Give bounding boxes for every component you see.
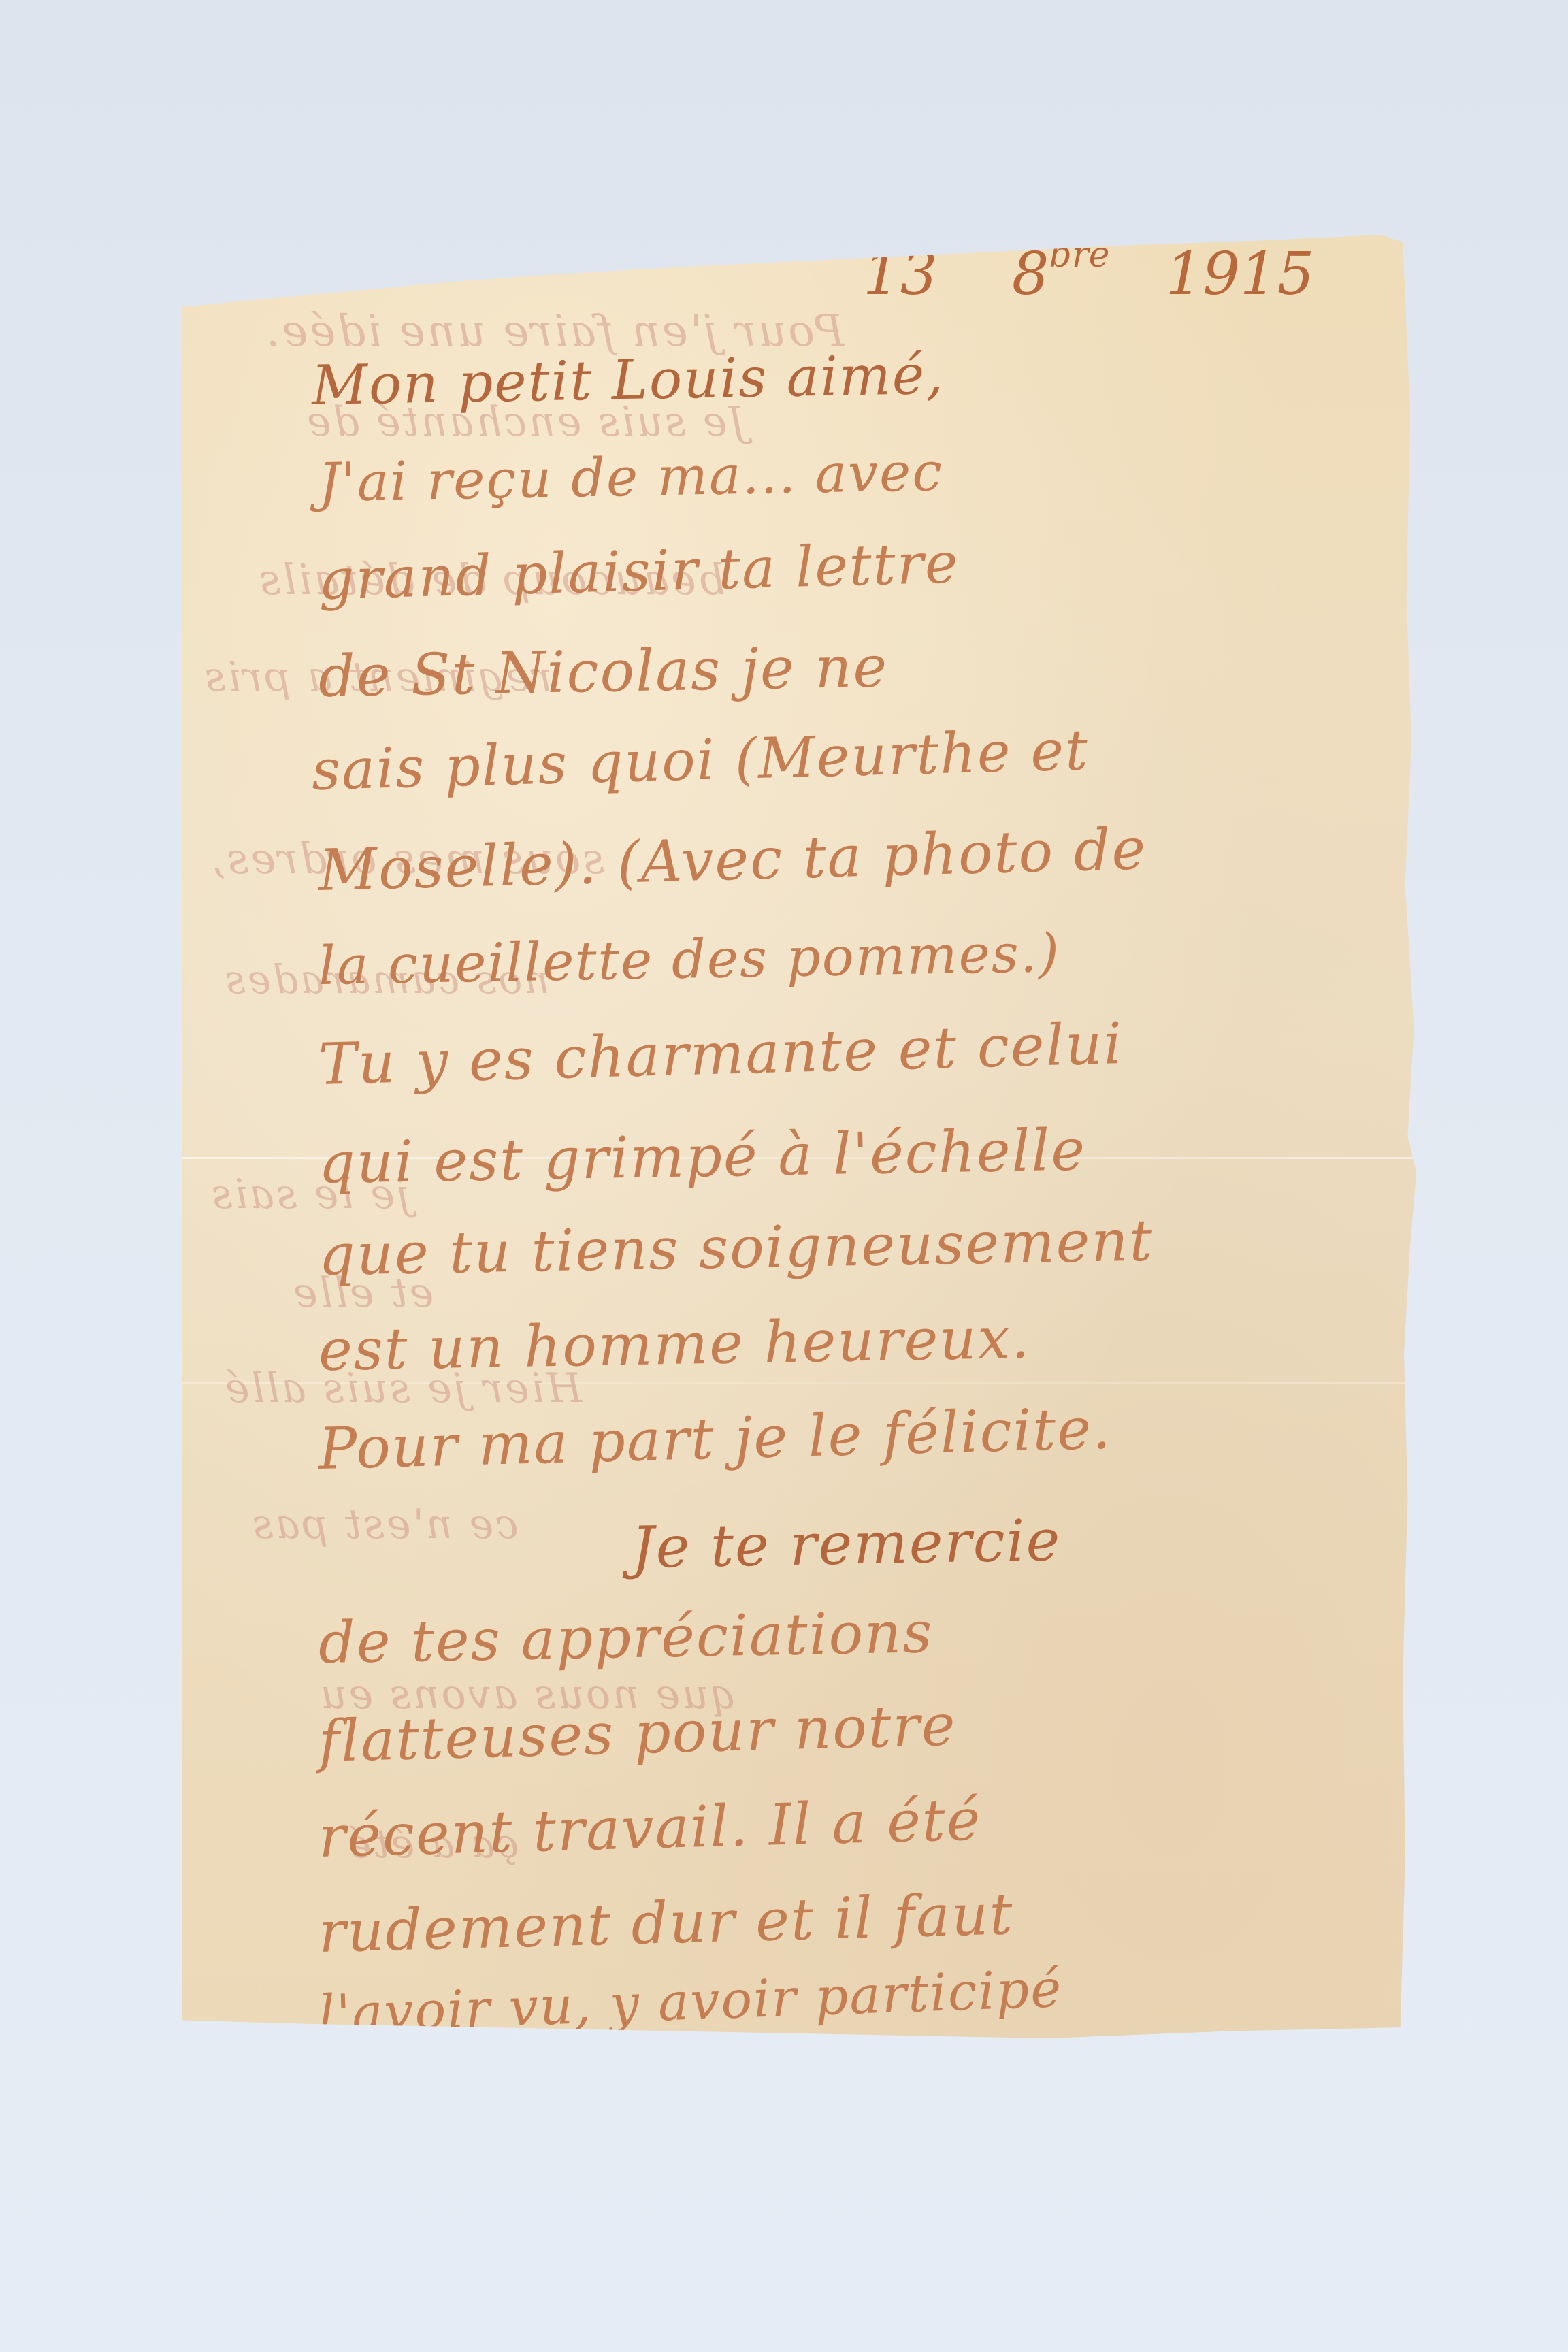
- letter-line: l'avoir vu, y avoir participé: [317, 1958, 1063, 2044]
- letter-line: J'ai reçu de ma... avec: [318, 442, 943, 514]
- letter-line: Moselle). (Avec ta photo de: [318, 815, 1148, 904]
- date-month-suffix: bre: [1049, 235, 1110, 276]
- letter-line: Je te remercie: [631, 1507, 1062, 1581]
- letter-line: que tu tiens soigneusement: [318, 1207, 1154, 1288]
- letter-line: qui est grimpé à l'échelle: [318, 1116, 1087, 1196]
- letter-line-salutation: Mon petit Louis aimé,: [311, 343, 945, 417]
- date-year: 1915: [1165, 240, 1314, 308]
- date-month: 8: [1012, 240, 1049, 308]
- letter-sheet: Pour j'en faire une idée. Je suis enchan…: [182, 235, 1418, 2038]
- letter-line: rudement dur et il faut: [318, 1880, 1015, 1965]
- letter-line: de St Nicolas je ne: [318, 633, 889, 710]
- letter-date: 13 8bre 1915: [863, 235, 1314, 308]
- letter-line: est un homme heureux.: [318, 1305, 1031, 1384]
- letter-line: grand plaisir ta lettre: [318, 531, 960, 612]
- letter-line: de tes appréciations: [318, 1599, 934, 1676]
- letter-line: sais plus quoi (Meurthe et: [311, 718, 1090, 803]
- date-day: 13: [863, 240, 937, 308]
- bleed-through-text: ce n'est pas: [250, 1501, 519, 1548]
- letter-line: récent travail. Il a été: [318, 1786, 983, 1870]
- letter-line: la cueillette des pommes.): [318, 923, 1061, 997]
- letter-line: Tu y es charmante et celui: [318, 1010, 1124, 1098]
